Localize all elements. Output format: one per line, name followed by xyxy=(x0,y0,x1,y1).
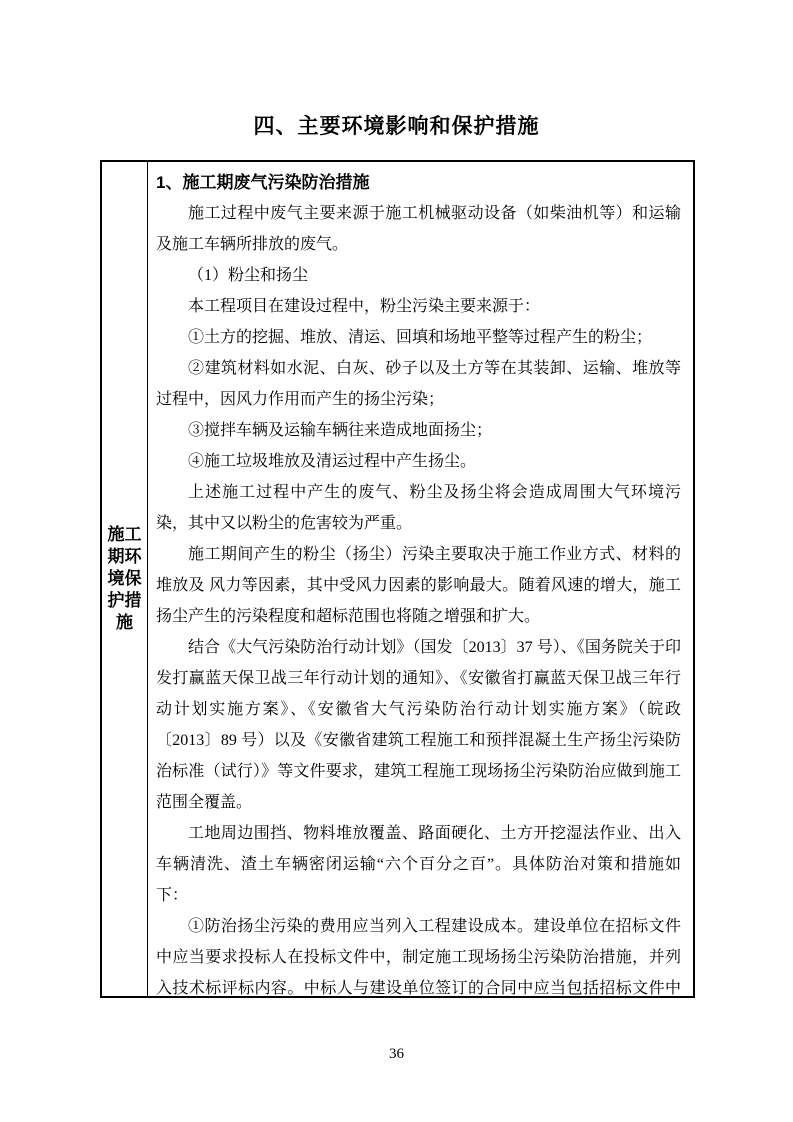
page-title: 四、主要环境影响和保护措施 xyxy=(0,110,793,140)
section-heading: 1、施工期废气污染防治措施 xyxy=(156,167,681,198)
paragraph: ①防治扬尘污染的费用应当列入工程建设成本。建设单位在招标文件中应当要求投标人在投… xyxy=(156,911,681,996)
paragraph: ④施工垃圾堆放及清运过程中产生扬尘。 xyxy=(156,446,681,477)
content-cell: 1、施工期废气污染防治措施 施工过程中废气主要来源于施工机械驱动设备（如柴油机等… xyxy=(148,162,693,996)
paragraph: 施工期间产生的粉尘（扬尘）污染主要取决于施工作业方式、材料的堆放及 风力等因素，… xyxy=(156,539,681,632)
row-header-label: 施工期环境保护措施 xyxy=(107,524,143,634)
paragraph: ③搅拌车辆及运输车辆往来造成地面扬尘； xyxy=(156,415,681,446)
paragraph: 结合《大气污染防治行动计划》（国发〔2013〕37 号）、《国务院关于印发打赢蓝… xyxy=(156,632,681,818)
page-number: 36 xyxy=(0,1046,793,1063)
row-header-cell: 施工期环境保护措施 xyxy=(102,162,148,996)
paragraph: 上述施工过程中产生的废气、粉尘及扬尘将会造成周围大气环境污染，其中又以粉尘的危害… xyxy=(156,477,681,539)
paragraph: 工地周边围挡、物料堆放覆盖、路面硬化、土方开挖湿法作业、出入车辆清洗、渣土车辆密… xyxy=(156,818,681,911)
measures-table: 施工期环境保护措施 1、施工期废气污染防治措施 施工过程中废气主要来源于施工机械… xyxy=(100,160,695,998)
paragraph: 施工过程中废气主要来源于施工机械驱动设备（如柴油机等）和运输及施工车辆所排放的废… xyxy=(156,198,681,260)
paragraph: （1）粉尘和扬尘 xyxy=(156,260,681,291)
paragraph: ②建筑材料如水泥、白灰、砂子以及土方等在其装卸、运输、堆放等过程中，因风力作用而… xyxy=(156,353,681,415)
paragraph: ①土方的挖掘、堆放、清运、回填和场地平整等过程产生的粉尘； xyxy=(156,322,681,353)
paragraph: 本工程项目在建设过程中，粉尘污染主要来源于： xyxy=(156,291,681,322)
